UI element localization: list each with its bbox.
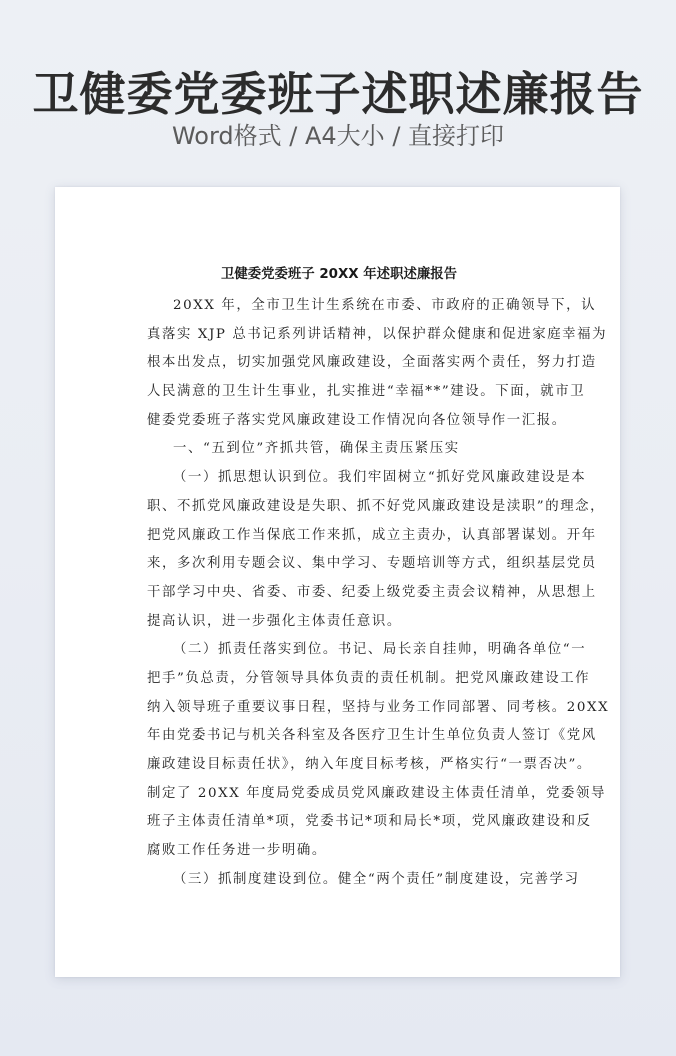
banner-subtitle: Word格式 / A4大小 / 直接打印 bbox=[0, 120, 676, 152]
paragraph-line: 真落实 XJP 总书记系列讲话精神，以保护群众健康和促进家庭幸福为 bbox=[147, 321, 531, 350]
paragraph-line: 根本出发点，切实加强党风廉政建设，全面落实两个责任，努力打造 bbox=[147, 349, 531, 378]
paragraph-line: （三）抓制度建设到位。健全“两个责任”制度建设，完善学习 bbox=[147, 866, 531, 895]
paragraph-line: 把手”负总责，分管领导具体负责的责任机制。把党风廉政建设工作 bbox=[147, 665, 531, 694]
paragraph-line: 健委党委班子落实党风廉政建设工作情况向各位领导作一汇报。 bbox=[147, 407, 531, 436]
paragraph-line: 把党风廉政工作当保底工作来抓，成立主责办，认真部署谋划。开年 bbox=[147, 522, 531, 551]
document-body: 卫健委党委班子 20XX 年述职述廉报告 20XX 年，全市卫生计生系统在市委、… bbox=[147, 264, 531, 894]
document-page-preview: 卫健委党委班子 20XX 年述职述廉报告 20XX 年，全市卫生计生系统在市委、… bbox=[55, 187, 620, 977]
section-heading: 一、“五到位”齐抓共管，确保主责压紧压实 bbox=[147, 435, 531, 464]
paragraph-line: 人民满意的卫生计生事业，扎实推进“幸福**”建设。下面，就市卫 bbox=[147, 378, 531, 407]
paragraph-line: 纳入领导班子重要议事日程，坚持与业务工作同部署、同考核。20XX bbox=[147, 694, 531, 723]
paragraph-line: 班子主体责任清单*项，党委书记*项和局长*项，党风廉政建设和反 bbox=[147, 808, 531, 837]
paragraph-line: 制定了 20XX 年度局党委成员党风廉政建设主体责任清单，党委领导 bbox=[147, 780, 531, 809]
paragraph-line: 来，多次利用专题会议、集中学习、专题培训等方式，组织基层党员 bbox=[147, 550, 531, 579]
banner-title: 卫健委党委班子述职述廉报告 bbox=[0, 66, 676, 122]
paragraph-line: 干部学习中央、省委、市委、纪委上级党委主责会议精神，从思想上 bbox=[147, 579, 531, 608]
document-title: 卫健委党委班子 20XX 年述职述廉报告 bbox=[147, 264, 531, 292]
paragraph-line: 20XX 年，全市卫生计生系统在市委、市政府的正确领导下，认 bbox=[147, 292, 531, 321]
paragraph-line: 职、不抓党风廉政建设是失职、抓不好党风廉政建设是渎职”的理念， bbox=[147, 493, 531, 522]
paragraph-line: （一）抓思想认识到位。我们牢固树立“抓好党风廉政建设是本 bbox=[147, 464, 531, 493]
paragraph-line: 提高认识，进一步强化主体责任意识。 bbox=[147, 608, 531, 637]
paragraph-line: 腐败工作任务进一步明确。 bbox=[147, 837, 531, 866]
paragraph-line: 廉政建设目标责任状》，纳入年度目标考核，严格实行“一票否决”。 bbox=[147, 751, 531, 780]
paragraph-line: （二）抓责任落实到位。书记、局长亲自挂帅，明确各单位“一 bbox=[147, 636, 531, 665]
paragraph-line: 年由党委书记与机关各科室及各医疗卫生计生单位负责人签订《党风 bbox=[147, 722, 531, 751]
